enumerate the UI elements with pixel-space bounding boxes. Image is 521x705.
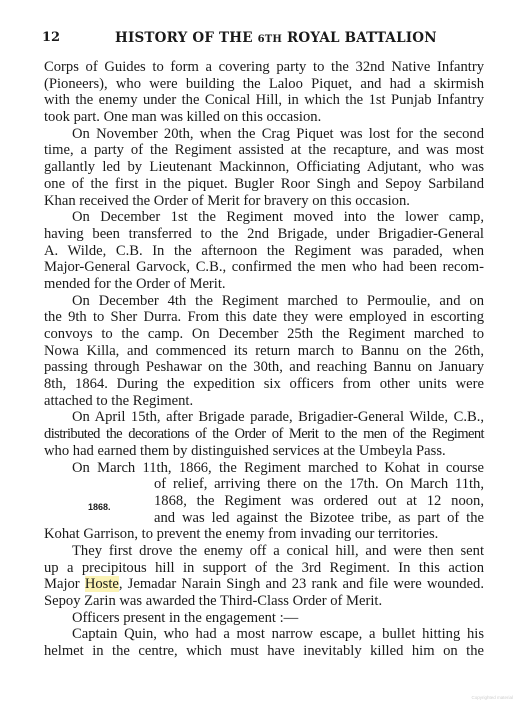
text-line: passing through Peshawar on the 30th, an… <box>44 359 484 376</box>
title-part: HISTORY OF THE <box>115 30 253 46</box>
text-line: A. Wilde, C.B. In the afternoon the Regi… <box>44 243 484 260</box>
text-line: up a precipitous hill in support of the … <box>44 560 484 577</box>
text-line: Nowa Killa, and commenced its return mar… <box>44 343 484 360</box>
text-line: Captain Quin, who had a most narrow esca… <box>44 626 484 643</box>
text-line: helmet in the centre, which must have in… <box>44 643 484 660</box>
text-segment: , Jemadar Narain Singh and 23 rank and f… <box>119 576 484 592</box>
text-line: Khan received the Order of Merit for bra… <box>44 193 484 210</box>
text-line: 8th, 1864. During the expedition six off… <box>44 376 484 393</box>
title-smallcaps: 6TH <box>258 34 282 45</box>
text-line: attached to the Regiment. <box>44 393 484 410</box>
text-line: took part. One man was killed on this oc… <box>44 109 484 126</box>
text-line: Corps of Guides to form a covering party… <box>44 59 484 76</box>
running-title: HISTORY OF THE 6TH ROYAL BATTALION <box>115 30 437 46</box>
text-line: distributed the decorations of the Order… <box>44 426 484 443</box>
text-line: Major-General Garvock, C.B., confirmed t… <box>44 259 484 276</box>
text-line: who had earned them by distinguished ser… <box>44 443 484 460</box>
text-line: with the enemy under the Conical Hill, i… <box>44 92 484 109</box>
text-segment: Major <box>44 576 85 592</box>
watermark: Copyrighted material <box>471 695 513 700</box>
body-text: Corps of Guides to form a covering party… <box>44 59 484 660</box>
text-line: the 9th to Sher Durra. From this date th… <box>44 309 484 326</box>
text-line: On November 20th, when the Crag Piquet w… <box>44 126 484 143</box>
text-line: gallantly led by Lieutenant Mackinnon, O… <box>44 159 484 176</box>
highlighted-word: Hoste <box>85 576 119 592</box>
text-line: Major Hoste, Jemadar Narain Singh and 23… <box>44 576 484 593</box>
text-line: convoys to the camp. On December 25th th… <box>44 326 484 343</box>
text-line: They first drove the enemy off a conical… <box>44 543 484 560</box>
text-line: of relief, arriving there on the 17th. O… <box>44 476 484 493</box>
text-line: On March 11th, 1866, the Regiment marche… <box>44 460 484 477</box>
text-line: one of the first in the piquet. Bugler R… <box>44 176 484 193</box>
text-line: On December 4th the Regiment marched to … <box>44 293 484 310</box>
text-line: having been transferred to the 2nd Briga… <box>44 226 484 243</box>
text-line: On April 15th, after Brigade parade, Bri… <box>44 409 484 426</box>
margin-note-year: 1868. <box>88 502 111 512</box>
title-part: ROYAL BATTALION <box>287 30 437 46</box>
text-line: time, a party of the Regiment assisted a… <box>44 142 484 159</box>
text-line: Officers present in the engagement :— <box>44 610 484 627</box>
book-page: 12 HISTORY OF THE 6TH ROYAL BATTALION Co… <box>0 0 521 705</box>
text-line: On December 1st the Regiment moved into … <box>44 209 484 226</box>
text-line: (Pioneers), who were building the Laloo … <box>44 76 484 93</box>
text-line: Sepoy Zarin was awarded the Third-Class … <box>44 593 484 610</box>
text-line: and was led against the Bizotee tribe, a… <box>44 510 484 527</box>
text-line: Kohat Garrison, to prevent the enemy fro… <box>44 526 484 543</box>
running-header: 12 HISTORY OF THE 6TH ROYAL BATTALION <box>42 30 482 50</box>
page-number: 12 <box>42 30 60 45</box>
text-line: mended for the Order of Merit. <box>44 276 484 293</box>
